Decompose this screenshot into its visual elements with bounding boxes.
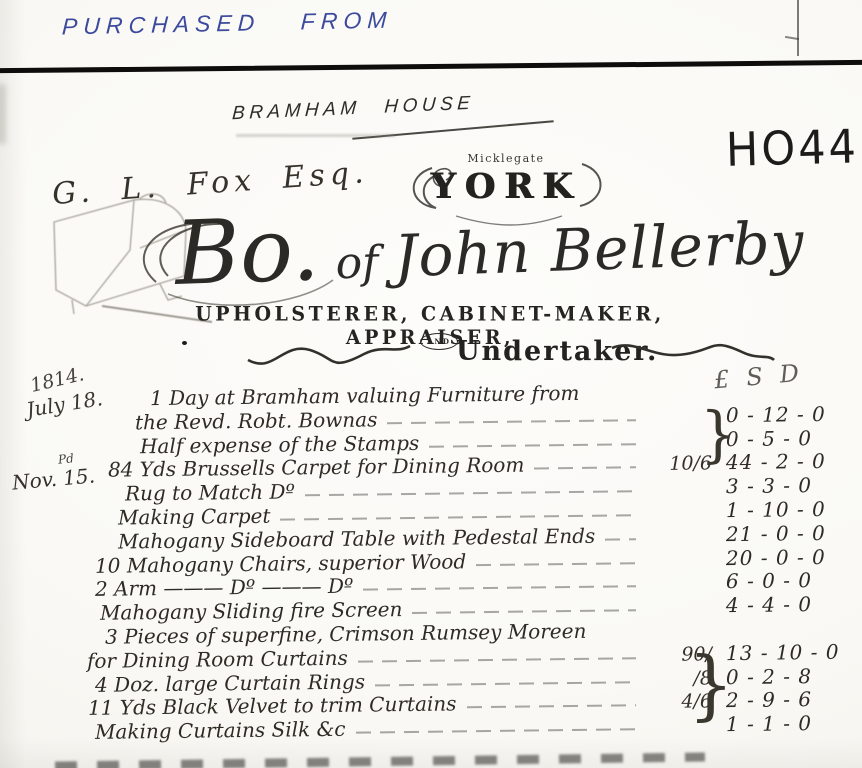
and-label: AND <box>420 333 458 350</box>
item-rate <box>646 589 726 590</box>
item-amount: 6 - 0 - 0 <box>726 568 854 594</box>
item-rate <box>646 541 726 542</box>
item-rate <box>646 565 726 566</box>
item-amount: 1 - 1 - 0 <box>726 711 854 737</box>
dash-leader <box>412 609 636 614</box>
item-amount: 13 - 10 - 0 <box>726 639 854 665</box>
scanned-invoice-page: PURCHASED FROM BRAMHAM HOUSE HO44 G. L. … <box>0 0 862 768</box>
bill-headline: Bo. of John Bellerby <box>174 190 862 298</box>
item-rate <box>646 612 726 613</box>
item-description: Making Carpet <box>118 504 271 530</box>
dash-leader <box>467 704 637 708</box>
merchant-name: John Bellerby <box>393 208 805 290</box>
dash-leader <box>375 681 636 686</box>
item-amount: 44 - 2 - 0 <box>726 449 854 475</box>
item-amount: 1 - 10 - 0 <box>726 497 854 523</box>
bill-of: of <box>335 237 380 289</box>
dash-leader <box>358 657 636 662</box>
dash-leader <box>356 728 636 733</box>
bill-prefix: Bo. <box>174 209 321 293</box>
dash-leader <box>363 585 636 590</box>
item-amount <box>726 397 854 399</box>
item-description: the Revd. Robt. Bownas <box>135 407 378 434</box>
item-amount: 0 - 2 - 8 <box>726 663 854 689</box>
reference-mark: HO44 <box>725 120 859 177</box>
ink-smudge <box>236 134 396 137</box>
dash-leader <box>305 490 636 496</box>
item-description: Rug to Match Dº <box>125 480 295 506</box>
item-amount: 20 - 0 - 0 <box>726 544 854 570</box>
dash-leader <box>534 467 636 470</box>
purchased-from-note: PURCHASED FROM <box>61 7 393 41</box>
dash-leader <box>280 514 636 520</box>
ruled-divider-line <box>0 60 862 73</box>
item-amount <box>726 635 854 637</box>
dash-leader <box>476 562 636 566</box>
item-amount: 2 - 9 - 6 <box>726 687 854 713</box>
scan-edge-smudge <box>0 84 6 144</box>
item-description: Making Curtains Silk &c <box>95 717 346 744</box>
dash-leader <box>605 538 636 540</box>
item-rate <box>646 731 726 732</box>
item-amount: 4 - 4 - 0 <box>726 592 854 618</box>
ledger-brace: } <box>700 398 737 469</box>
dash-leader <box>429 443 636 448</box>
item-rate <box>646 493 726 494</box>
cut-off-line-smudge <box>55 752 705 768</box>
flourish-left-icon <box>244 338 414 372</box>
item-rate <box>646 636 726 637</box>
ledger-brace: } <box>688 640 734 728</box>
house-name-note: BRAMHAM HOUSE <box>231 93 475 126</box>
item-description: for Dining Room Curtains <box>87 646 348 673</box>
item-amount: 21 - 0 - 0 <box>726 520 854 546</box>
ink-speck <box>182 341 187 345</box>
item-amount: 0 - 5 - 0 <box>726 425 854 451</box>
scan-corner-mark <box>797 0 799 56</box>
item-description: 2 Arm ——— Dº ——— Dº <box>95 574 354 601</box>
item-rate <box>646 517 726 518</box>
item-amount: 3 - 3 - 0 <box>726 473 854 499</box>
item-amount: 0 - 12 - 0 <box>726 401 854 427</box>
dash-leader <box>387 419 636 424</box>
